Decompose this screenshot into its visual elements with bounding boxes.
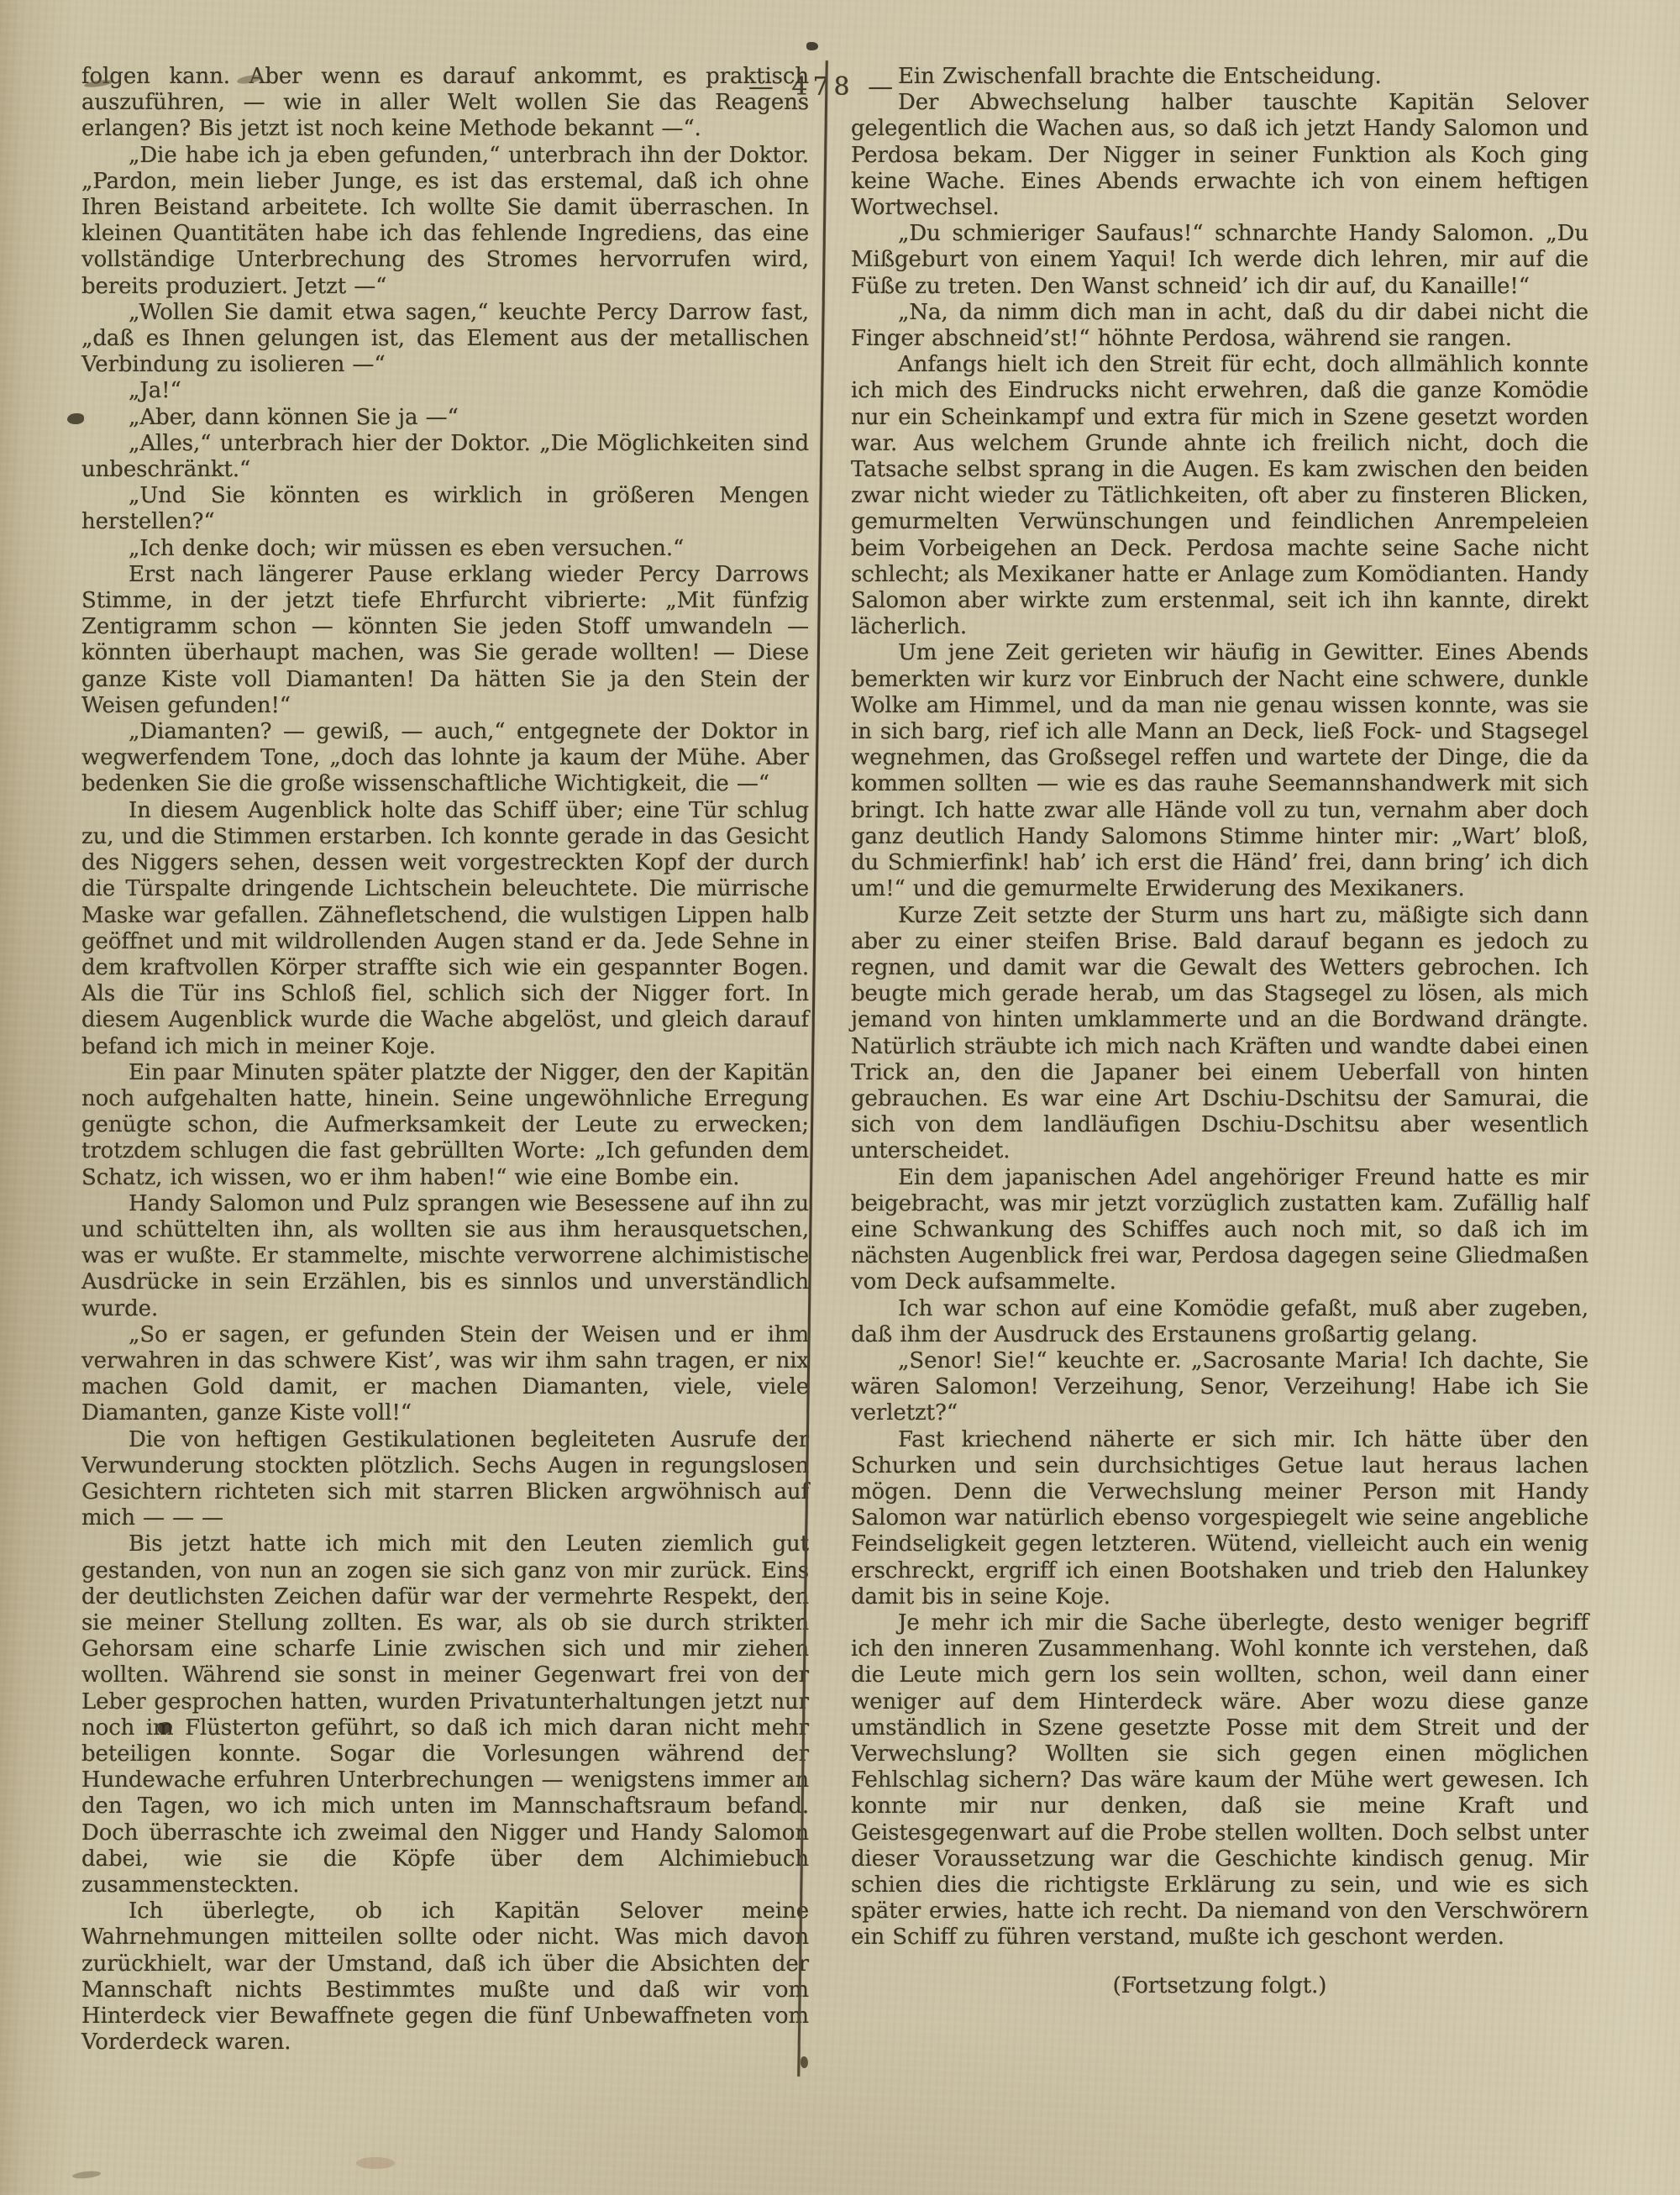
ink-speck — [801, 2056, 808, 2068]
paragraph: Ein paar Minuten später platzte der Nigg… — [81, 1060, 809, 1191]
paragraph: Anfangs hielt ich den Streit für echt, d… — [851, 352, 1588, 640]
paragraph: Bis jetzt hatte ich mich mit den Leuten … — [81, 1531, 809, 1898]
paragraph: Je mehr ich mir die Sache überlegte, des… — [851, 1610, 1588, 1951]
paragraph: Die von heftigen Gestikulationen begleit… — [81, 1427, 809, 1532]
paragraph: „Und Sie könnten es wirklich in größeren… — [81, 483, 809, 535]
paragraph: „So er sagen, er gefunden Stein der Weis… — [81, 1322, 809, 1427]
paragraph: Erst nach längerer Pause erklang wieder … — [81, 562, 809, 719]
paragraph: „Alles,“ unterbrach hier der Doktor. „Di… — [81, 431, 809, 483]
paragraph: „Na, da nimm dich man in acht, daß du di… — [851, 300, 1588, 352]
scanned-book-page: — 478 — folgen kann. Aber wenn es darauf… — [0, 0, 1680, 2195]
ink-speck — [806, 42, 818, 50]
paragraph: Ein dem japanischen Adel angehöriger Fre… — [851, 1165, 1588, 1296]
paragraph: Um jene Zeit gerieten wir häufig in Gewi… — [851, 640, 1588, 902]
pencil-smudge — [72, 2170, 102, 2180]
paragraph: Ich überlegte, ob ich Kapitän Selover me… — [81, 1898, 809, 2056]
paragraph: Ein Zwischenfall brachte die Entscheidun… — [851, 64, 1588, 90]
left-text-column: folgen kann. Aber wenn es darauf ankommt… — [81, 64, 809, 2056]
paragraph: „Wollen Sie damit etwa sagen,“ keuchte P… — [81, 300, 809, 379]
paragraph: folgen kann. Aber wenn es darauf ankommt… — [81, 64, 809, 143]
paragraph: „Du schmieriger Saufaus!“ schnarchte Han… — [851, 221, 1588, 300]
paragraph: Der Abwechselung halber tauschte Kapitän… — [851, 90, 1588, 221]
paragraph: Handy Salomon und Pulz sprangen wie Bese… — [81, 1191, 809, 1322]
paragraph: „Senor! Sie!“ keuchte er. „Sacrosante Ma… — [851, 1348, 1588, 1427]
right-text-column: Ein Zwischenfall brachte die Entscheidun… — [851, 64, 1588, 1999]
paragraph: Fast kriechend näherte er sich mir. Ich … — [851, 1427, 1588, 1610]
paragraph: „Diamanten? — gewiß, — auch,“ entgegnete… — [81, 719, 809, 798]
paragraph: Ich war schon auf eine Komödie gefaßt, m… — [851, 1296, 1588, 1348]
paragraph: In diesem Augenblick holte das Schiff üb… — [81, 798, 809, 1060]
continuation-notice: (Fortsetzung folgt.) — [851, 1973, 1588, 1999]
paragraph: „Die habe ich ja eben gefunden,“ unterbr… — [81, 143, 809, 300]
paragraph: „Ja!“ — [81, 378, 809, 404]
paper-stain — [356, 2157, 395, 2169]
paragraph: „Aber, dann können Sie ja —“ — [81, 405, 809, 431]
paragraph: „Ich denke doch; wir müssen es eben vers… — [81, 536, 809, 562]
paragraph: Kurze Zeit setzte der Sturm uns hart zu,… — [851, 903, 1588, 1165]
